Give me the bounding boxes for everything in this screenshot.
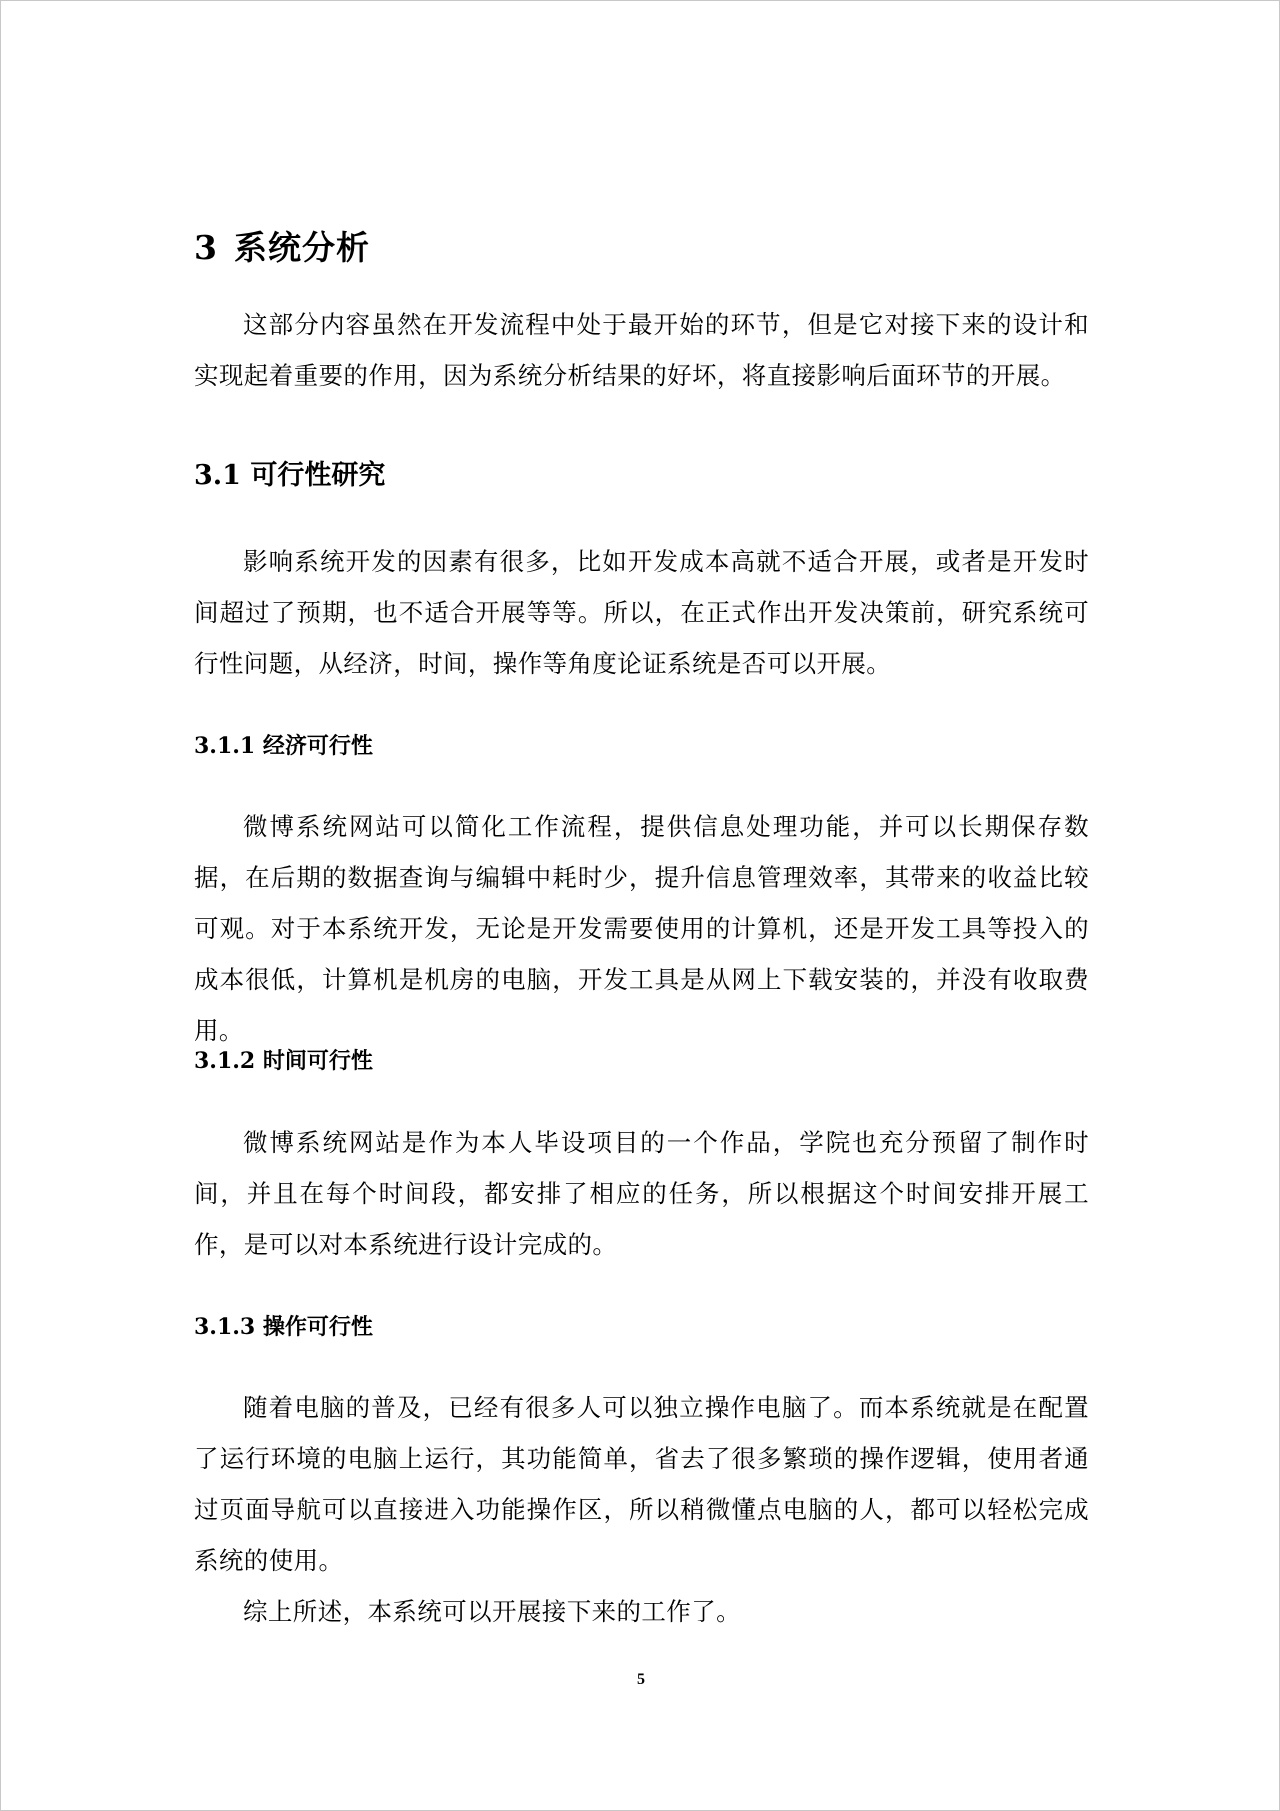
subsection-heading-economic: 3.1.1 经济可行性 bbox=[194, 729, 373, 763]
document-page: 3系统分析 这部分内容虽然在开发流程中处于最开始的环节，但是它对接下来的设计和实… bbox=[0, 0, 1280, 1811]
section-intro-paragraph: 影响系统开发的因素有很多，比如开发成本高就不适合开展，或者是开发时间超过了预期，… bbox=[194, 536, 1089, 689]
chapter-title: 系统分析 bbox=[234, 228, 370, 267]
conclusion-paragraph: 综上所述，本系统可以开展接下来的工作了。 bbox=[194, 1586, 1089, 1637]
subsection-body-economic: 微博系统网站可以简化工作流程，提供信息处理功能，并可以长期保存数据，在后期的数据… bbox=[194, 801, 1089, 1056]
chapter-heading: 3系统分析 bbox=[194, 224, 370, 272]
page-number: 5 bbox=[1, 1671, 1280, 1689]
section-heading-feasibility: 3.1 可行性研究 bbox=[194, 456, 385, 496]
chapter-number: 3 bbox=[194, 228, 218, 267]
subsection-body-time: 微博系统网站是作为本人毕设项目的一个作品，学院也充分预留了制作时间，并且在每个时… bbox=[194, 1117, 1089, 1270]
subsection-heading-time: 3.1.2 时间可行性 bbox=[194, 1044, 373, 1078]
subsection-body-operation: 随着电脑的普及，已经有很多人可以独立操作电脑了。而本系统就是在配置了运行环境的电… bbox=[194, 1382, 1089, 1586]
subsection-heading-operation: 3.1.3 操作可行性 bbox=[194, 1310, 373, 1344]
chapter-intro-paragraph: 这部分内容虽然在开发流程中处于最开始的环节，但是它对接下来的设计和实现起着重要的… bbox=[194, 299, 1089, 401]
